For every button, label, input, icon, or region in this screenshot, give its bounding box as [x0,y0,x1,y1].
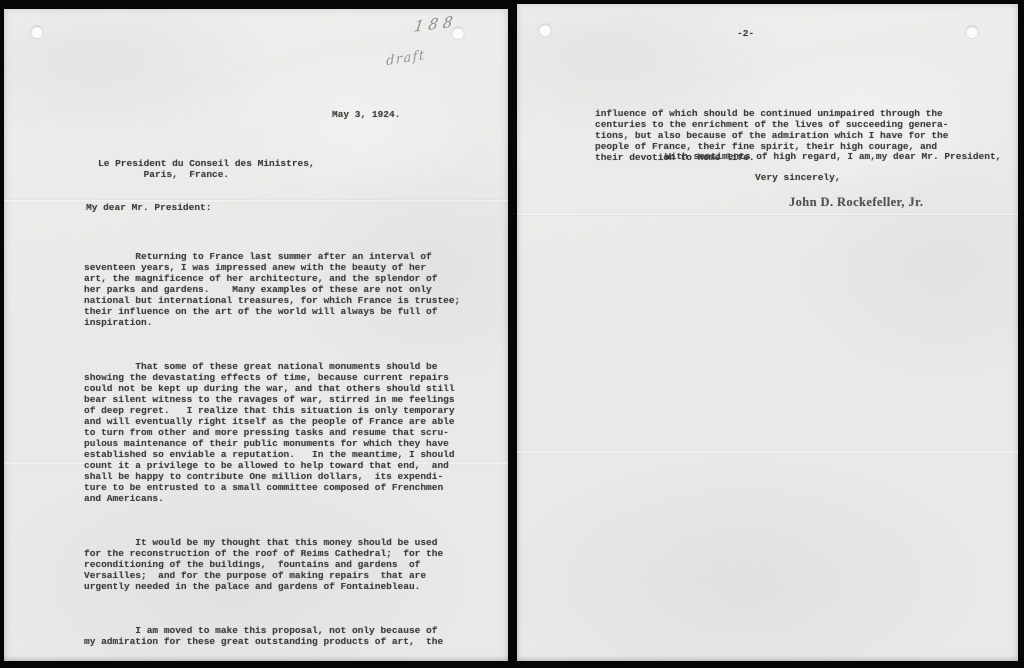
paper-crease [4,199,508,203]
valediction: Very sincerely, [755,172,841,183]
salutation: My dear Mr. President: [86,202,211,213]
punch-hole [539,24,551,36]
closing-line: With sentiments of high regard, I am,my … [665,151,1001,162]
signature: John D. Rockefeller, Jr. [789,195,923,210]
punch-hole [966,26,978,38]
letter-paragraph: Returning to France last summer after an… [84,251,460,328]
letter-page-1: 188 draft May 3, 1924. Le President du C… [4,9,508,661]
letter-paragraph: It would be my thought that this money s… [84,537,460,592]
handwritten-draft-note: draft [386,48,426,69]
letter-page-2: -2- influence of which should be continu… [517,4,1018,661]
scanned-letter: 188 draft May 3, 1924. Le President du C… [0,0,1024,668]
letter-body-page-1: Returning to France last summer after an… [84,229,460,668]
page-number: -2- [737,28,754,39]
paper-crease [517,450,1018,454]
recipient-address: Le President du Conseil des Ministres, P… [98,158,315,180]
paper-crease [517,212,1018,216]
letter-date: May 3, 1924. [332,109,400,120]
letter-paragraph: That some of these great national monume… [84,361,460,504]
letter-paragraph: I am moved to make this proposal, not on… [84,625,460,647]
punch-hole [31,26,43,38]
letter-body-page-2: influence of which should be continued u… [595,86,948,185]
